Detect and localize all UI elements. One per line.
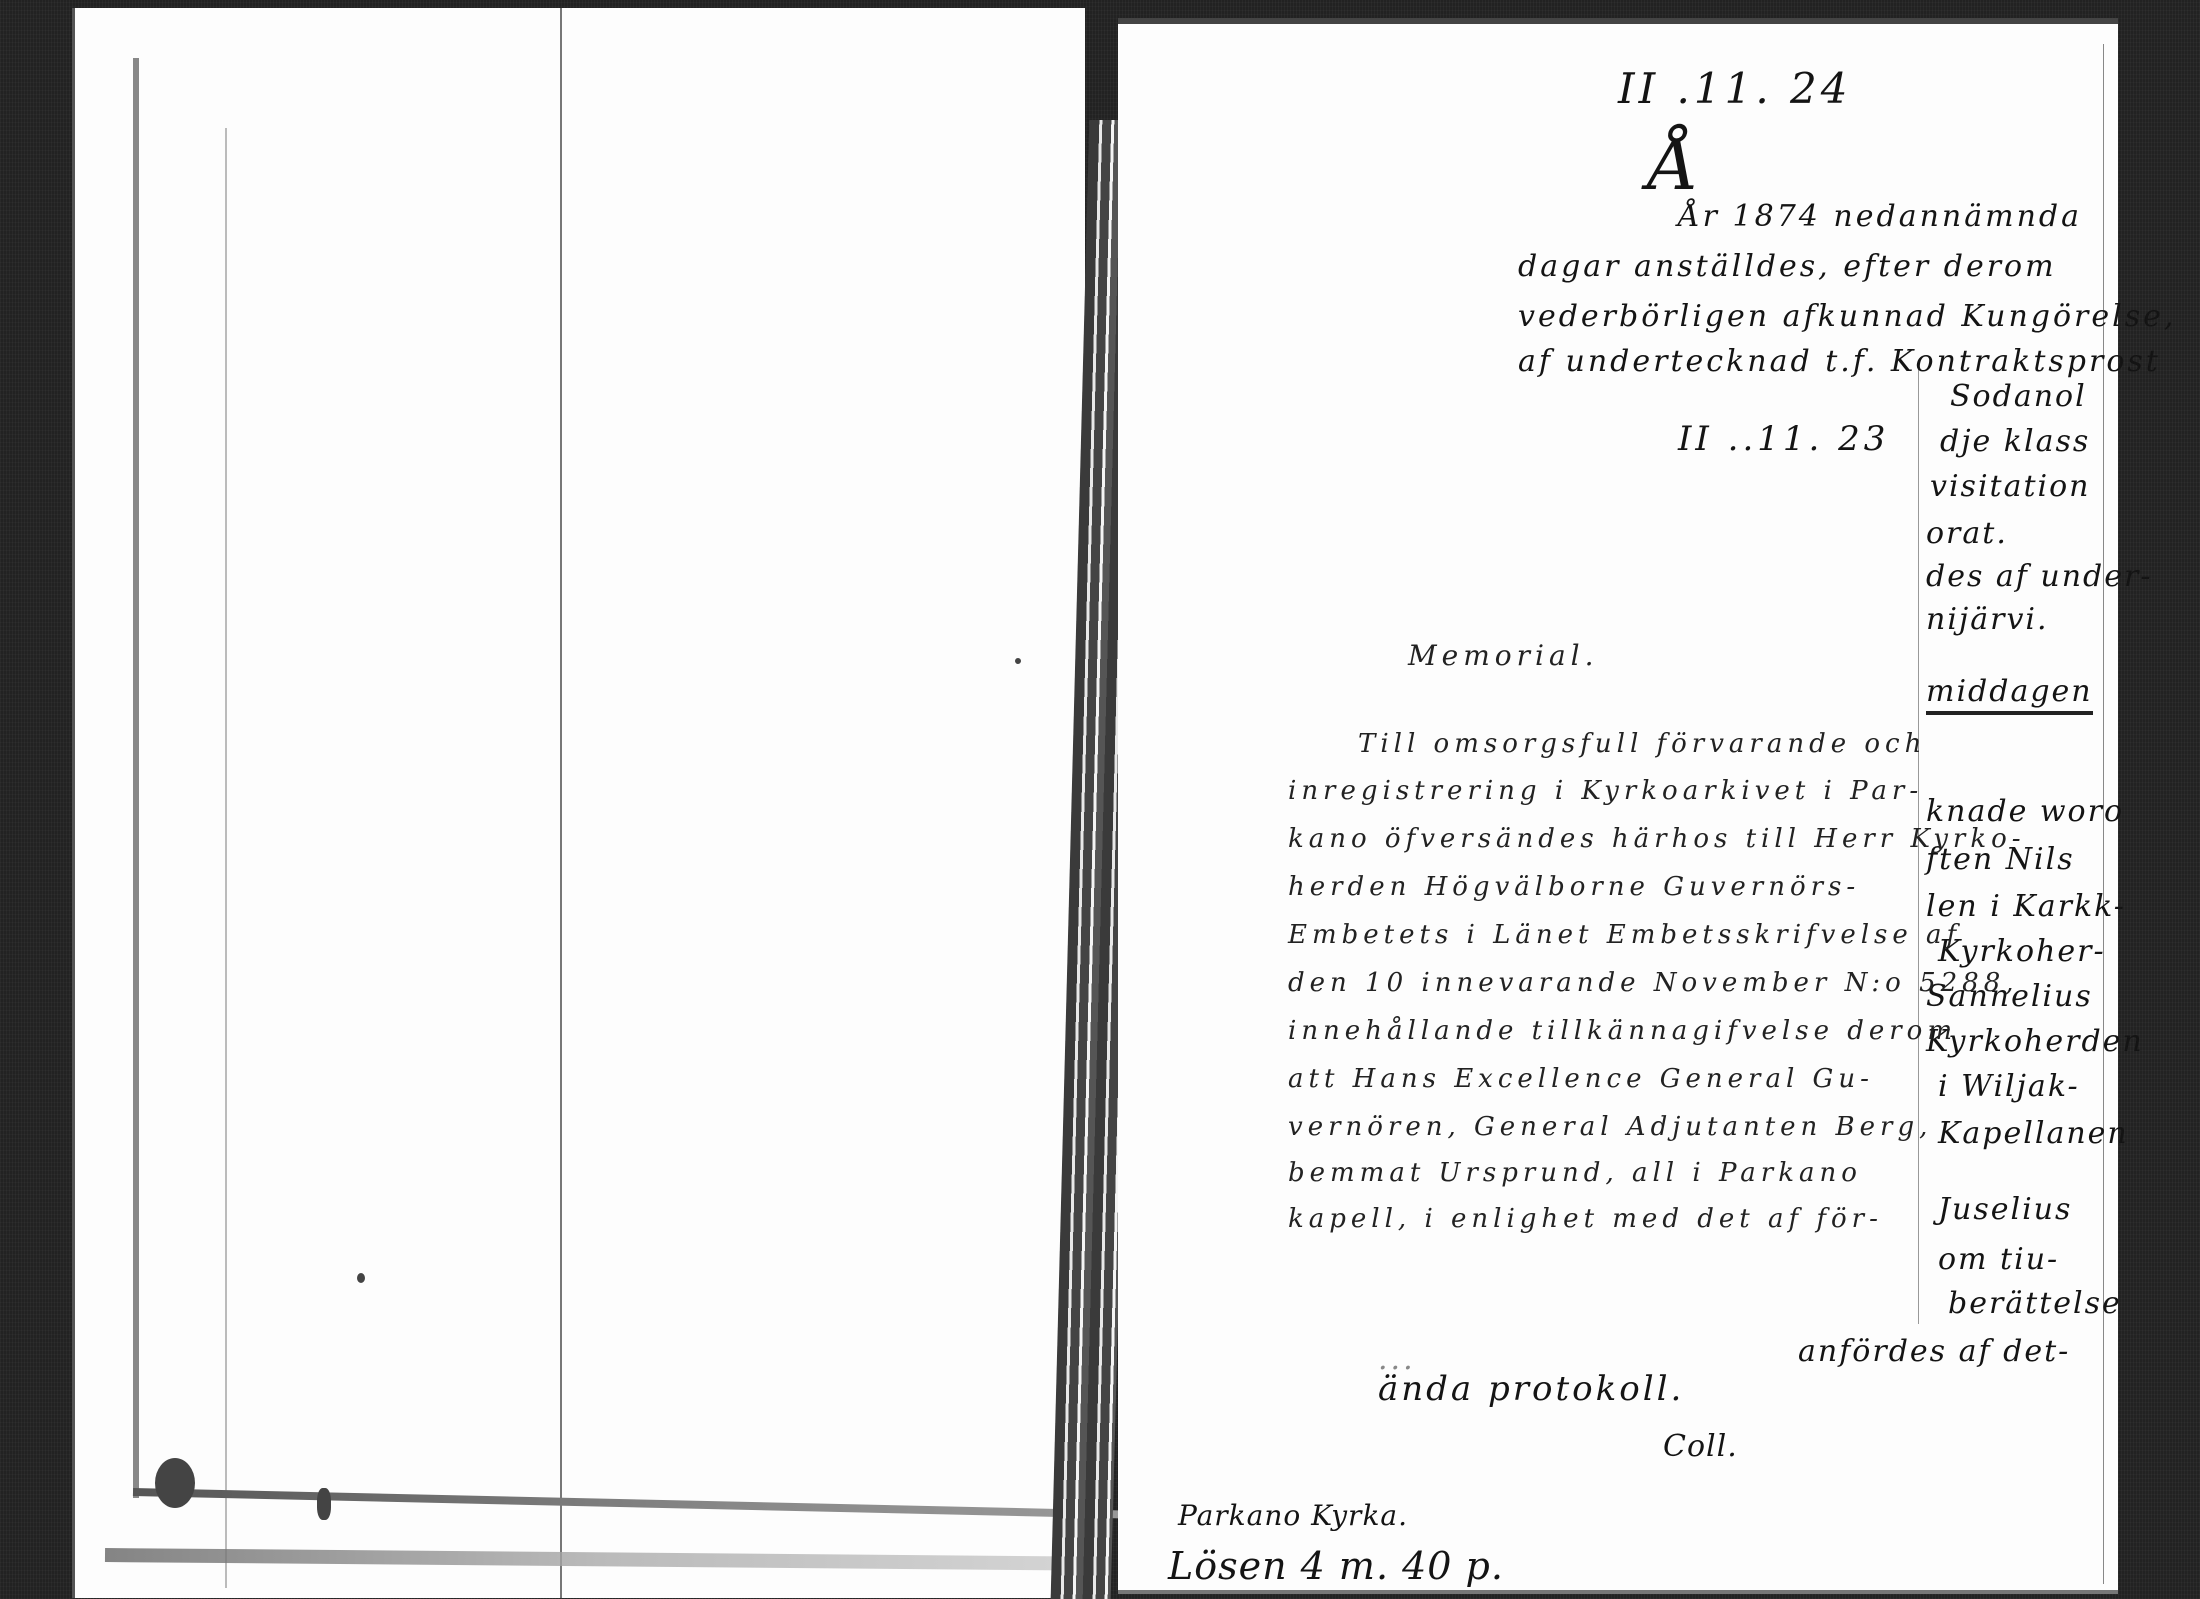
margin-fragment: i Wiljak- [1938,1069,2080,1104]
right-page-bottom-edge [1118,1590,2118,1594]
margin-fragment: Juselius [1938,1192,2072,1227]
margin-fragment: Kapellanen [1938,1116,2129,1151]
margin-fragment: nijärvi. [1926,602,2049,637]
fee-note: Lösen 4 m. 40 p. [1168,1544,1504,1588]
memorial-line: herden Högvälborne Guvernörs- [1288,872,1860,902]
left-page-lower-edge [105,1548,1105,1571]
left-page-fold [560,8,562,1598]
left-page-bottom-edge [133,1488,1133,1519]
margin-fragment: orat. [1926,516,2008,551]
text-line-4: af undertecknad t.f. Kontraktsprost [1518,344,2161,379]
left-page-blank [72,8,1085,1598]
margin-fragment: om tiu- [1938,1242,2059,1277]
memorial-heading: Memorial. [1408,639,1599,672]
memorial-line: kano öfversändes härhos till Herr Kyrko- [1288,824,2026,854]
margin-fragment-underlined: middagen [1926,674,2093,715]
ink-speck [1015,658,1021,664]
text-line-1: År 1874 nedannämnda [1678,199,2082,234]
margin-fragment: visitation [1930,469,2091,504]
margin-fragment: berättelse [1948,1286,2122,1321]
memorial-line: innehållande tillkännagifvelse derom [1288,1016,1957,1046]
signature-mark: Coll. [1663,1429,1738,1464]
left-page-ruling [225,128,227,1588]
memorial-line: att Hans Excellence General Gu- [1288,1064,1874,1094]
closing-line: ända protokoll. [1378,1369,1684,1409]
margin-fragment: len i Karkk- [1926,889,2126,924]
left-page-frame-line [133,58,140,1498]
memorial-line: Embetets i Länet Embetsskrifvelse af [1288,920,1961,950]
ink-speck [357,1273,365,1283]
margin-fragment: Kyrkoher- [1938,934,2106,969]
text-line-2: dagar anställdes, efter derom [1518,249,2057,284]
margin-fragment: des af under- [1926,559,2153,594]
memorial-line: inregistrering i Kyrkoarkivet i Par- [1288,776,1923,806]
parish-name: Parkano Kyrka. [1178,1499,1408,1532]
reference-number-mid: II ..11. 23 [1678,419,1889,459]
margin-fragment: anfördes af det- [1798,1334,2070,1369]
memorial-line: bemmat Ursprund, all i Parkano [1288,1158,1862,1188]
memorial-line: vernören, General Adjutanten Berg, [1288,1112,1932,1142]
ink-mark [317,1488,331,1520]
initial-letter: Å [1648,124,1700,206]
margin-fragment: dje klass [1940,424,2090,459]
right-page-text: II .11. 24 Å År 1874 nedannämnda dagar a… [1118,18,2118,1594]
reference-number-top: II .11. 24 [1618,64,1851,113]
margin-fragment: Sodanol [1950,379,2087,414]
margin-fragment: Kyrkoherden [1926,1024,2144,1059]
memorial-line: den 10 innevarande November N:o 5288, [1288,968,2019,998]
ink-blot [155,1458,195,1508]
memorial-line: kapell, i enlighet med det af för- [1288,1204,1883,1234]
text-line-3: vederbörligen afkunnad Kungörelse, [1518,299,2176,334]
memorial-line: Till omsorgsfull förvarande och [1358,729,1926,759]
